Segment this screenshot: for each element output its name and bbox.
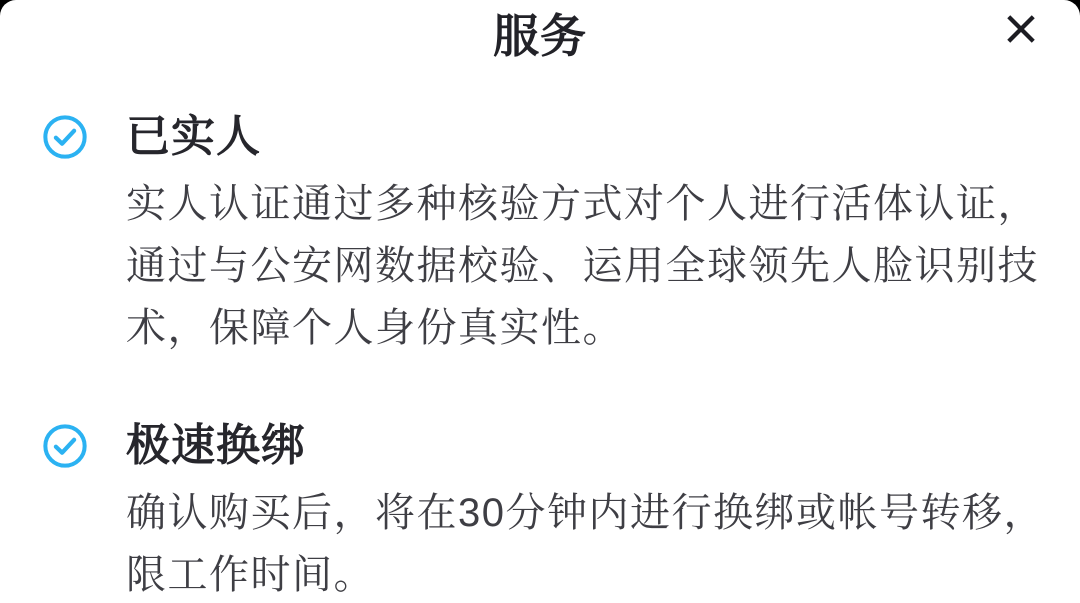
service-item-title: 已实人	[126, 112, 1042, 162]
description-line: 实人认证通过多种核验方式对个人进行活体认证，	[126, 173, 1042, 235]
service-item-content: 已实人 实人认证通过多种核验方式对个人进行活体认证， 通过与公安网数据校验、运用…	[126, 112, 1042, 359]
close-icon	[1000, 8, 1042, 50]
circle-check-icon	[42, 423, 88, 469]
description-line: 确认购买后，将在30分钟内进行换绑或帐号转移，	[126, 482, 1042, 544]
service-list: 已实人 实人认证通过多种核验方式对个人进行活体认证， 通过与公安网数据校验、运用…	[0, 112, 1080, 603]
modal-header: 服务	[0, 0, 1080, 64]
service-item-real-person: 已实人 实人认证通过多种核验方式对个人进行活体认证， 通过与公安网数据校验、运用…	[42, 112, 1042, 359]
page-title: 服务	[0, 0, 1080, 64]
service-item-title: 极速换绑	[126, 421, 1042, 471]
description-line: 通过与公安网数据校验、运用全球领先人脸识别技	[126, 235, 1042, 297]
description-line: 限工作时间。	[126, 544, 1042, 603]
service-item-description: 实人认证通过多种核验方式对个人进行活体认证， 通过与公安网数据校验、运用全球领先…	[126, 173, 1042, 359]
service-item-fast-rebind: 极速换绑 确认购买后，将在30分钟内进行换绑或帐号转移， 限工作时间。	[42, 421, 1042, 603]
service-item-content: 极速换绑 确认购买后，将在30分钟内进行换绑或帐号转移， 限工作时间。	[126, 421, 1042, 603]
services-modal: 服务 已实人 实人认证通过多种核验方式对个人进行活体认证，	[0, 0, 1080, 603]
close-button[interactable]	[996, 4, 1046, 54]
description-line: 术，保障个人身份真实性。	[126, 297, 1042, 359]
service-item-description: 确认购买后，将在30分钟内进行换绑或帐号转移， 限工作时间。	[126, 482, 1042, 603]
circle-check-icon	[42, 114, 88, 160]
